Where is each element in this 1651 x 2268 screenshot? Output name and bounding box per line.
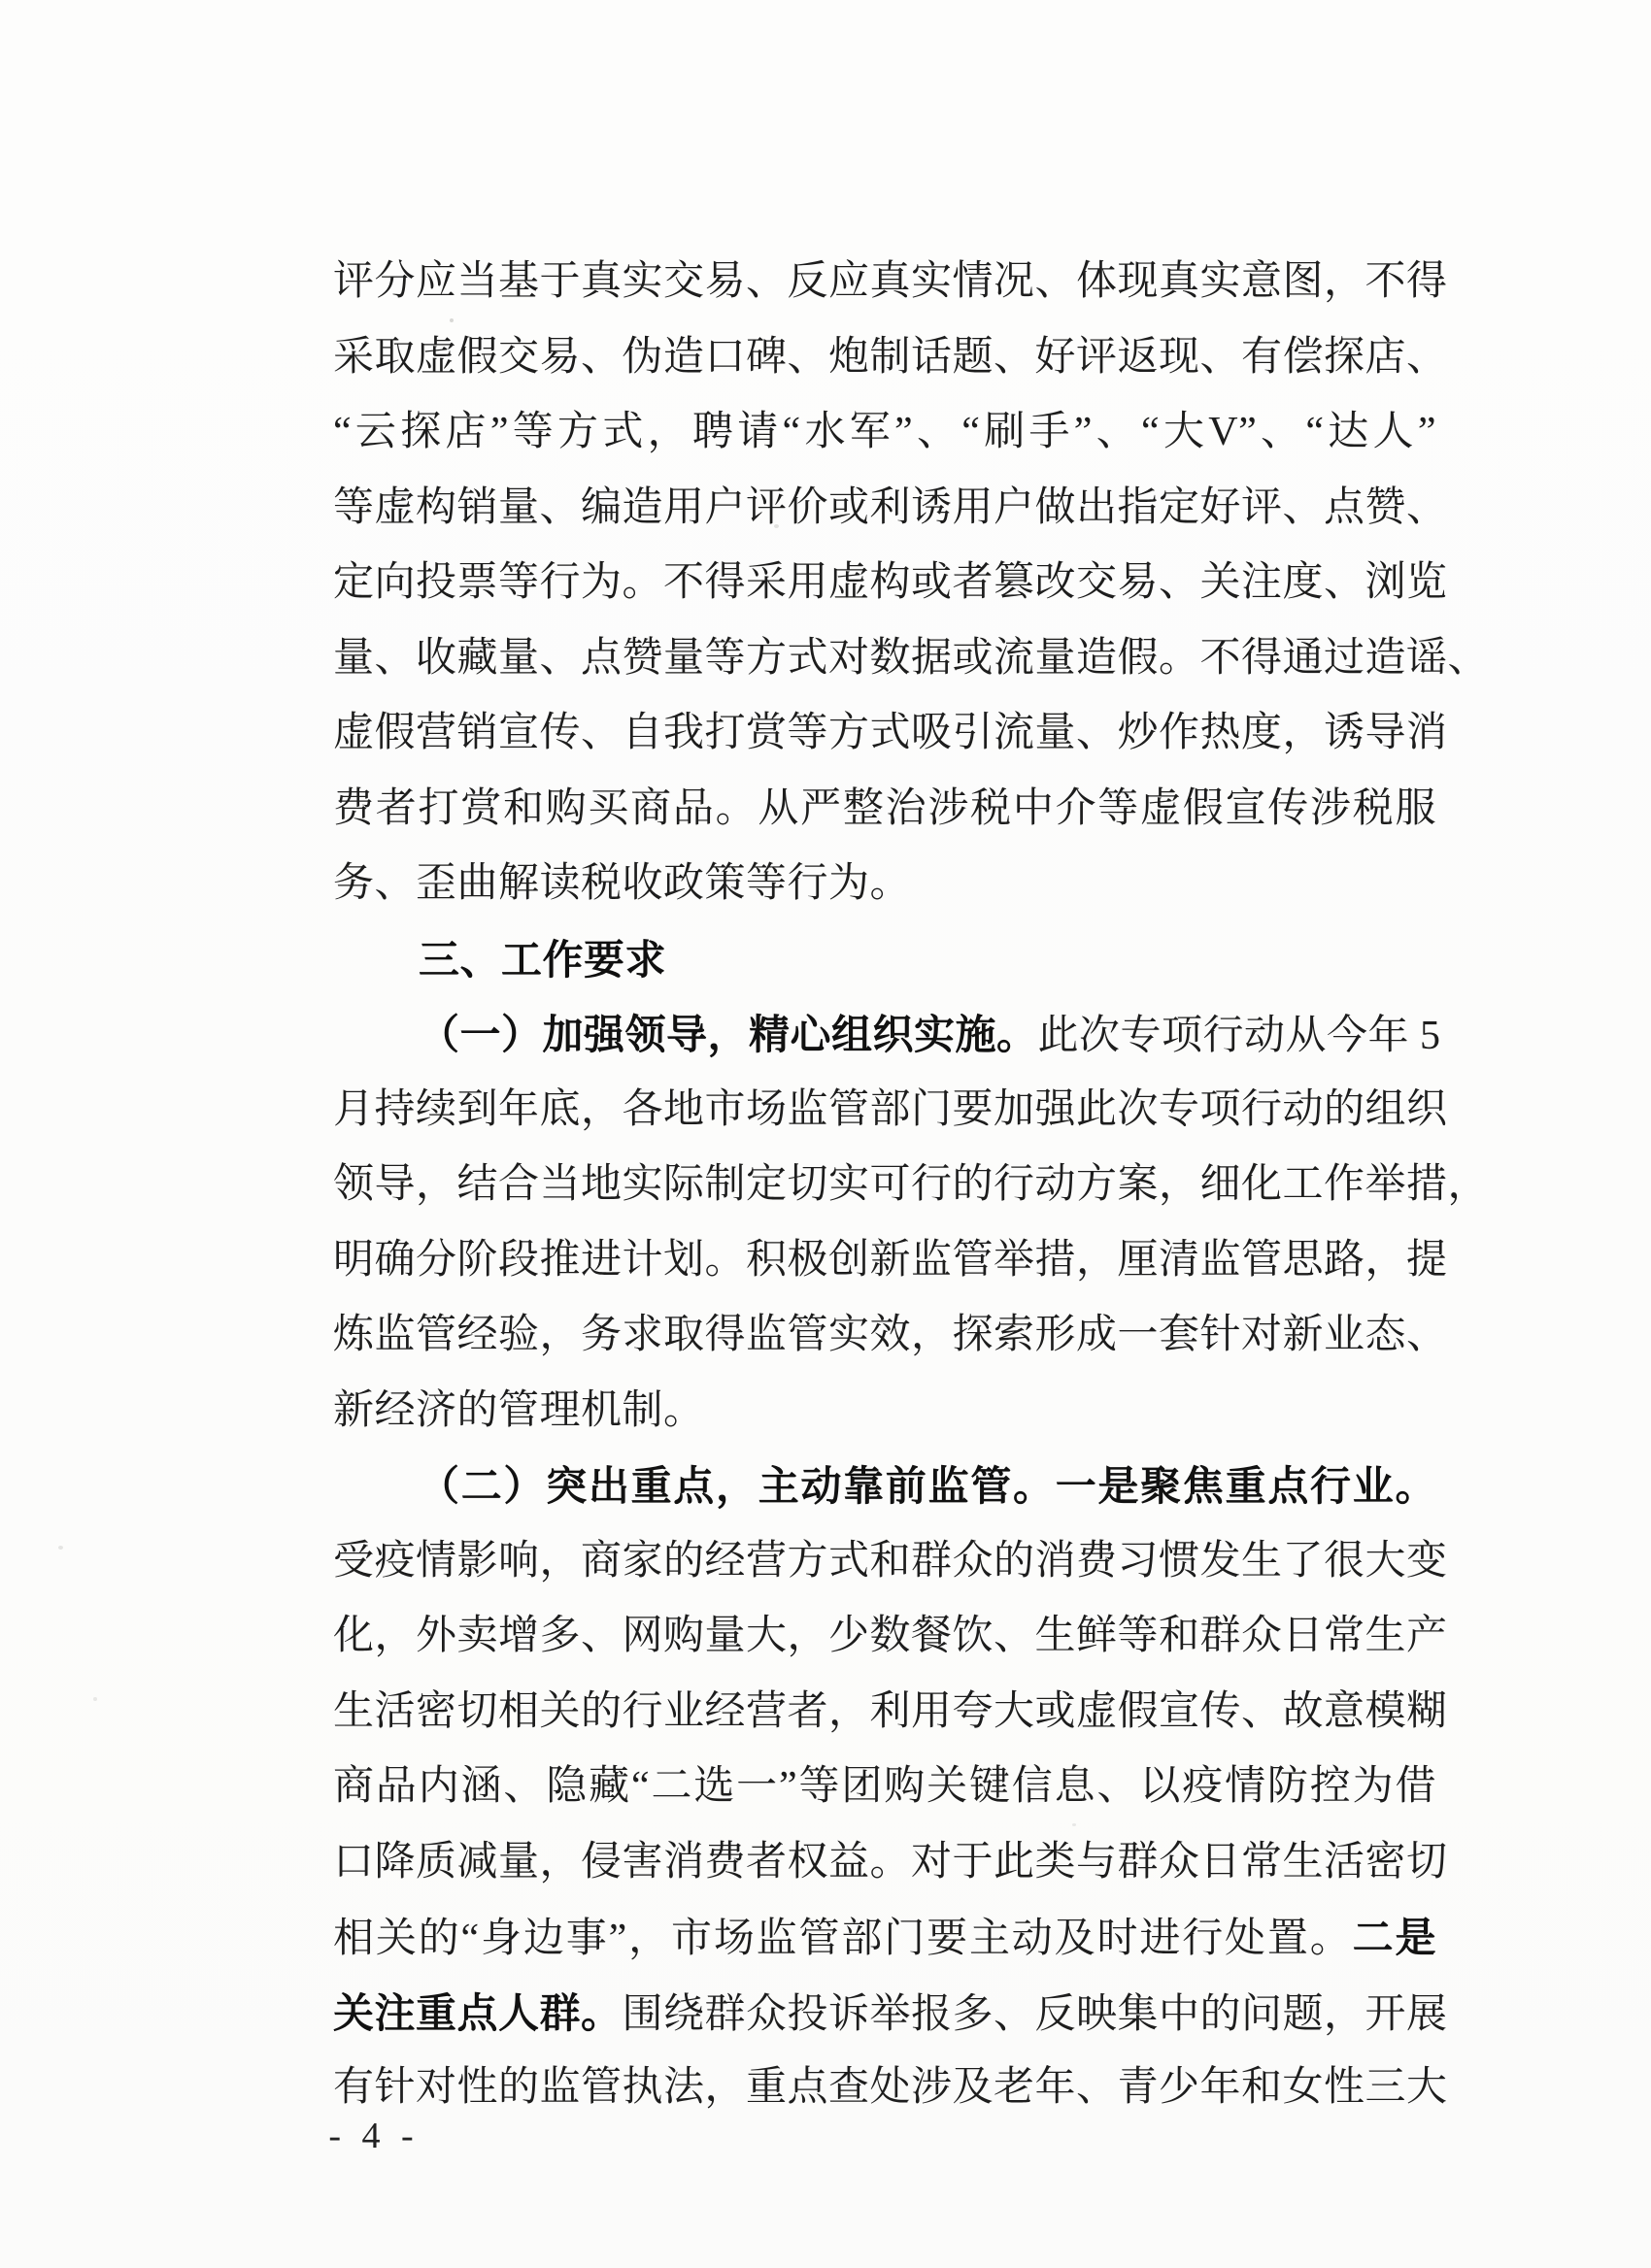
scan-speck: [93, 1697, 97, 1701]
text-segment: “云探店”等方式，聘请“水军”、“刷手”、“大V”、“达人”: [333, 410, 1436, 454]
bold-text-segment: 二是: [1353, 1915, 1436, 1960]
text-segment: 评分应当基于真实交易、反应真实情况、体现真实意图，不得: [333, 259, 1448, 304]
text-line: 相关的“身边事”，市场监管部门要主动及时进行处置。二是: [333, 1900, 1436, 1976]
text-line: （二）突出重点，主动靠前监管。一是聚焦重点行业。: [333, 1449, 1436, 1524]
text-segment: 炼监管经验，务求取得监管实效，探索形成一套针对新业态、: [333, 1313, 1448, 1357]
text-segment: 新经济的管理机制。: [333, 1388, 705, 1433]
text-segment: 围绕群众投诉举报多、反映集中的问题，开展: [623, 1992, 1448, 2037]
text-line: 等虚构销量、编造用户评价或利诱用户做出指定好评、点赞、: [333, 471, 1436, 547]
text-segment: 量、收藏量、点赞量等方式对数据或流量造假。不得通过造谣、: [333, 636, 1489, 681]
text-segment: 虚假营销宣传、自我打赏等方式吸引流量、炒作热度，诱导消: [333, 711, 1448, 755]
text-line: 评分应当基于真实交易、反应真实情况、体现真实意图，不得: [333, 245, 1436, 320]
bold-text-segment: （一）加强领导，精心组织实施。: [419, 1012, 1038, 1057]
text-segment: 有针对性的监管执法，重点查处涉及老年、青少年和女性三大: [333, 2065, 1448, 2110]
text-line: 化，外卖增多、网购量大，少数餐饮、生鲜等和群众日常生产: [333, 1599, 1436, 1675]
page-number: - 4 -: [320, 2115, 427, 2157]
text-segment: 明确分阶段推进计划。积极创新监管举措，厘清监管思路，提: [333, 1238, 1448, 1283]
scan-speck: [58, 1546, 63, 1550]
bold-text-segment: 关注重点人群。: [333, 1990, 623, 2036]
scan-speck: [450, 318, 454, 322]
text-line: 虚假营销宣传、自我打赏等方式吸引流量、炒作热度，诱导消: [333, 696, 1436, 772]
text-segment: 月持续到年底，各地市场监管部门要加强此次专项行动的组织: [333, 1087, 1448, 1132]
section-heading: 三、工作要求: [333, 922, 1436, 998]
bold-text-segment: （二）突出重点，主动靠前监管。一是聚焦重点行业。: [419, 1463, 1436, 1509]
text-segment: 口降质减量，侵害消费者权益。对于此类与群众日常生活密切: [333, 1840, 1448, 1884]
text-segment: 受疫情影响，商家的经营方式和群众的消费习惯发生了很大变: [333, 1539, 1448, 1584]
text-line: “云探店”等方式，聘请“水军”、“刷手”、“大V”、“达人”: [333, 395, 1436, 471]
text-line: （一）加强领导，精心组织实施。此次专项行动从今年 5: [333, 997, 1436, 1073]
text-line: 定向投票等行为。不得采用虚构或者篡改交易、关注度、浏览: [333, 546, 1436, 621]
text-segment: 此次专项行动从今年 5: [1038, 1014, 1441, 1058]
text-line: 领导，结合当地实际制定切实可行的行动方案，细化工作举措，: [333, 1148, 1436, 1223]
text-segment: 等虚构销量、编造用户评价或利诱用户做出指定好评、点赞、: [333, 485, 1448, 530]
text-segment: 领导，结合当地实际制定切实可行的行动方案，细化工作举措，: [333, 1162, 1489, 1207]
text-segment: 采取虚假交易、伪造口碑、炮制话题、好评返现、有偿探店、: [333, 335, 1448, 380]
text-line: 务、歪曲解读税收政策等行为。: [333, 847, 1436, 922]
text-segment: 定向投票等行为。不得采用虚构或者篡改交易、关注度、浏览: [333, 560, 1448, 605]
text-line: 商品内涵、隐藏“二选一”等团购关键信息、以疫情防控为借: [333, 1750, 1436, 1825]
text-line: 有针对性的监管执法，重点查处涉及老年、青少年和女性三大: [333, 2051, 1436, 2126]
scanned-document-page: 评分应当基于真实交易、反应真实情况、体现真实意图，不得采取虚假交易、伪造口碑、炮…: [0, 0, 1651, 2268]
text-segment: 商品内涵、隐藏“二选一”等团购关键信息、以疫情防控为借: [333, 1764, 1436, 1809]
text-segment: 费者打赏和购买商品。从严整治涉税中介等虚假宣传涉税服: [333, 786, 1436, 831]
text-line: 生活密切相关的行业经营者，利用夸大或虚假宣传、故意模糊: [333, 1675, 1436, 1751]
text-line: 受疫情影响，商家的经营方式和群众的消费习惯发生了很大变: [333, 1524, 1436, 1600]
text-line: 新经济的管理机制。: [333, 1374, 1436, 1450]
text-line: 炼监管经验，务求取得监管实效，探索形成一套针对新业态、: [333, 1298, 1436, 1374]
text-line: 量、收藏量、点赞量等方式对数据或流量造假。不得通过造谣、: [333, 621, 1436, 697]
text-line: 费者打赏和购买商品。从严整治涉税中介等虚假宣传涉税服: [333, 772, 1436, 848]
text-block: 评分应当基于真实交易、反应真实情况、体现真实意图，不得采取虚假交易、伪造口碑、炮…: [333, 245, 1436, 2126]
scan-speck: [1072, 1823, 1076, 1826]
text-line: 月持续到年底，各地市场监管部门要加强此次专项行动的组织: [333, 1073, 1436, 1149]
bold-text-segment: 三、工作要求: [419, 937, 666, 983]
text-line: 口降质减量，侵害消费者权益。对于此类与群众日常生活密切: [333, 1825, 1436, 1901]
text-line: 关注重点人群。围绕群众投诉举报多、反映集中的问题，开展: [333, 1976, 1436, 2051]
text-segment: 化，外卖增多、网购量大，少数餐饮、生鲜等和群众日常生产: [333, 1614, 1448, 1658]
text-segment: 相关的“身边事”，市场监管部门要主动及时进行处置。: [333, 1917, 1353, 1961]
text-line: 明确分阶段推进计划。积极创新监管举措，厘清监管思路，提: [333, 1223, 1436, 1299]
text-line: 采取虚假交易、伪造口碑、炮制话题、好评返现、有偿探店、: [333, 320, 1436, 396]
scan-speck: [774, 524, 779, 528]
text-segment: 生活密切相关的行业经营者，利用夸大或虚假宣传、故意模糊: [333, 1689, 1448, 1734]
text-segment: 务、歪曲解读税收政策等行为。: [333, 861, 911, 906]
